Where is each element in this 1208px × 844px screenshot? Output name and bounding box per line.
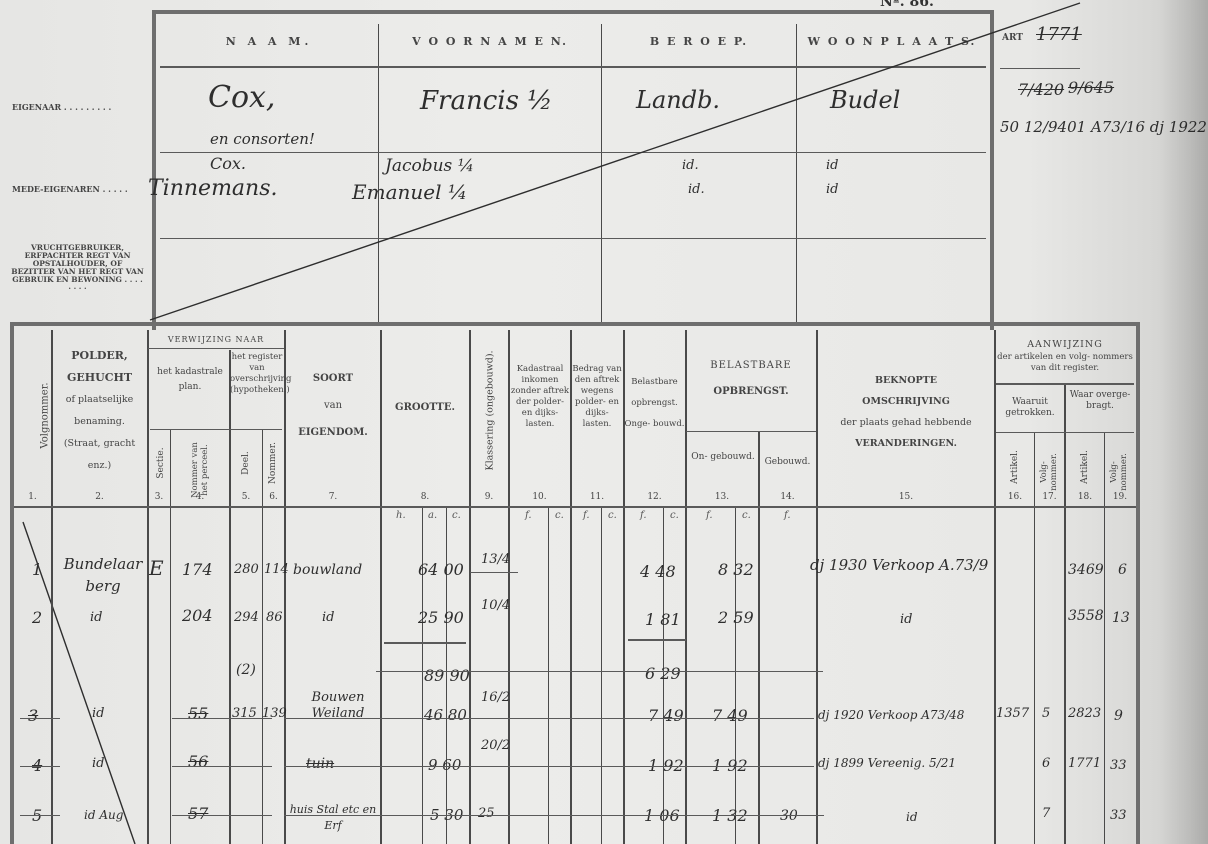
cell-volg19: 9 [1114, 708, 1123, 724]
divider [148, 348, 284, 349]
header-text: OMSCHRIJVING [818, 391, 994, 412]
cell-grootte: 64 00 [418, 560, 464, 579]
header-deel: Deel. [241, 433, 251, 493]
cell-polder: id [92, 706, 104, 721]
cell-deel: (2) [236, 662, 256, 678]
col-num: 11. [571, 492, 623, 502]
cell-soort: id [322, 610, 334, 625]
header-kadastrale-plan: het kadastrale plan. [152, 365, 228, 395]
cell-ongebouwd: 8 32 [718, 560, 754, 579]
header-soort: SOORT van EIGENDOM. [286, 365, 380, 446]
cell-belast-onge: 4 48 [640, 562, 676, 581]
col-num: 14. [759, 492, 816, 502]
cell-klasse: 20/2 [481, 738, 510, 753]
cell-polder: Bundelaar berg [58, 553, 148, 597]
header-omschrijving: BEKNOPTE OMSCHRIJVING der plaats gehad h… [818, 370, 994, 454]
cell-art18: 2823 [1068, 706, 1101, 721]
cell-klasse: 10/4 [481, 598, 510, 613]
col-num: 4. [171, 492, 229, 502]
unit-c: c. [670, 510, 679, 521]
divider [735, 508, 736, 844]
unit-f: f. [583, 510, 590, 521]
header-text: VERANDERINGEN. [818, 433, 994, 454]
cell-soort: bouwland [293, 562, 362, 578]
divider [996, 432, 1134, 433]
cell-polder: id [90, 610, 102, 625]
strike-line [20, 766, 60, 767]
unit-a: a. [428, 510, 437, 521]
cell-veranderingen: id [900, 612, 912, 627]
cell-deel: 294 [234, 610, 259, 625]
unit-f: f. [640, 510, 647, 521]
cell-perceel: 174 [182, 560, 213, 579]
header-sectie: Sectie. [156, 433, 166, 493]
cell-volg19: 6 [1118, 562, 1127, 578]
cell-volg19: 13 [1112, 610, 1130, 626]
strike-line [376, 671, 823, 672]
header-text: enz.) [52, 455, 147, 477]
cell-klasse: 13/4 [481, 552, 510, 567]
cell-klasse: 16/2 [481, 690, 510, 705]
header-belastbare-ongebouwd: Belastbare opbrengst. Onge- bouwd. [624, 372, 685, 435]
divider [1064, 385, 1066, 844]
cell-grootte-subtotal: 89 90 [424, 666, 470, 685]
header-waar: Waar overge- bragt. [1065, 390, 1135, 412]
header-artikel-18: Artikel. [1080, 437, 1090, 497]
cell-ongebouwd: 2 59 [718, 608, 754, 627]
cell-art18: 3558 [1068, 608, 1104, 624]
col-num: 7. [286, 492, 380, 502]
header-artikel-16: Artikel. [1010, 437, 1020, 497]
header-text: BEKNOPTE [818, 370, 994, 391]
unit-c: c. [742, 510, 751, 521]
col-num: 2. [52, 492, 147, 502]
cell-volg17: 7 [1042, 806, 1050, 821]
cell-veranderingen: dj 1899 Vereenig. 5/21 [818, 756, 956, 770]
cell-nommer: 86 [266, 610, 283, 625]
page-edge-shadow [1160, 0, 1208, 844]
cell-belast-onge-subtotal: 6 29 [645, 664, 681, 683]
header-text: GEHUCHT [52, 367, 147, 389]
col-num: 12. [624, 492, 685, 502]
divider [14, 506, 1136, 508]
cell-deel: 280 [234, 562, 259, 577]
cell-volg: 1 [32, 560, 42, 579]
cell-volg19: 33 [1110, 758, 1127, 773]
header-text: van [286, 392, 380, 419]
cell-art18: 3469 [1068, 562, 1104, 578]
header-polder: POLDER, GEHUCHT of plaatselijke benaming… [52, 345, 147, 477]
cell-perceel: 55 [188, 704, 208, 723]
strike-line [284, 815, 824, 816]
cell-belast-onge: 7 49 [648, 706, 684, 725]
cell-volg19: 33 [1110, 808, 1127, 823]
header-gebouwd: Gebouwd. [759, 457, 816, 467]
header-text: (Straat, gracht [52, 433, 147, 455]
cell-veranderingen: dj 1930 Verkoop A.73/9 [810, 556, 988, 574]
col-num: 17. [1035, 492, 1064, 502]
unit-c: c. [608, 510, 617, 521]
cell-perceel: 56 [188, 752, 208, 771]
header-register: het register van overschrijving (hypothe… [230, 352, 284, 396]
unit-c: c. [452, 510, 461, 521]
header-text: SOORT [286, 365, 380, 392]
cell-perceel: 204 [182, 606, 213, 625]
header-aanwijzing-sub: der artikelen en volg- nommers van dit r… [996, 352, 1134, 374]
cell-gebouwd: 30 [780, 808, 798, 824]
strike-line [20, 718, 60, 719]
cell-veranderingen: id [906, 810, 918, 824]
header-waaruit: Waaruit getrokken. [996, 397, 1064, 419]
strike-line [172, 766, 272, 767]
cell-sectie: E [149, 556, 164, 580]
unit-c: c. [555, 510, 564, 521]
divider [601, 508, 602, 844]
col-num: 3. [148, 492, 170, 502]
strike-line [284, 766, 814, 767]
cell-grootte: 46 80 [424, 706, 467, 724]
header-klassering: Klassering (ongebouwd). [485, 351, 496, 471]
divider [548, 508, 549, 844]
strike-line [284, 718, 814, 719]
header-opbrengst: OPBRENGST. [686, 386, 816, 398]
col-num: 15. [818, 492, 994, 502]
cell-klasse: 25 [478, 806, 495, 821]
unit-h: h. [396, 510, 406, 521]
cell-grootte: 9 60 [428, 756, 461, 774]
cell-polder: id Aug [84, 808, 123, 822]
header-belastbare: BELASTBARE [686, 360, 816, 372]
cell-volg: 2 [32, 608, 42, 627]
cell-art18: 1771 [1068, 756, 1101, 771]
header-verwijzing: VERWIJZING NAAR [148, 335, 284, 344]
col-num: 1. [14, 492, 51, 502]
col-num: 8. [381, 492, 469, 502]
sum-line [628, 639, 686, 641]
header-text: POLDER, [52, 345, 147, 367]
unit-f: f. [706, 510, 713, 521]
cell-ongebouwd: 7 49 [712, 706, 748, 725]
header-nommer: Nommer. [268, 433, 278, 493]
unit-f: f. [784, 510, 791, 521]
divider [996, 383, 1134, 385]
header-text: benaming. [52, 411, 147, 433]
header-text: of plaatselijke [52, 389, 147, 411]
header-aanwijzing: AANWIJZING [996, 340, 1134, 351]
unit-f: f. [525, 510, 532, 521]
cell-volg: 3 [28, 706, 38, 725]
header-ongebouwd: On- gebouwd. [688, 445, 758, 469]
divider [686, 431, 816, 432]
col-num: 18. [1066, 492, 1104, 502]
divider [150, 429, 282, 430]
cell-perceel: 57 [188, 804, 208, 823]
col-num: 13. [686, 492, 758, 502]
cell-art16: 1357 [996, 706, 1029, 721]
sum-line [384, 642, 466, 644]
header-grootte: GROOTTE. [381, 402, 469, 414]
cell-volg17: 6 [1042, 756, 1050, 771]
cell-veranderingen: dj 1920 Verkoop A73/48 [818, 708, 964, 722]
cell-soort: huis Stal etc en Erf [286, 802, 380, 834]
col-num: 16. [996, 492, 1034, 502]
cell-soort: tuin [306, 756, 334, 772]
strike-line [20, 815, 60, 816]
header-volgnommer: Volgnommer. [40, 361, 51, 471]
col-num: 9. [470, 492, 508, 502]
header-bedrag-aftrek: Bedrag van den aftrek wegens polder- en … [571, 364, 623, 430]
col-num: 6. [263, 492, 284, 502]
strike-line [172, 718, 272, 719]
strike-line [470, 572, 518, 573]
col-num: 5. [230, 492, 262, 502]
header-text: der plaats gehad hebbende [818, 412, 994, 433]
col-num: 10. [509, 492, 570, 502]
divider [422, 508, 423, 844]
strike-line [172, 815, 272, 816]
divider [229, 350, 231, 844]
cell-volg17: 5 [1042, 706, 1050, 721]
cell-grootte: 25 90 [418, 608, 464, 627]
header-text: EIGENDOM. [286, 419, 380, 446]
cell-nommer: 114 [264, 562, 289, 577]
col-num: 19. [1105, 492, 1135, 502]
cell-belast-onge: 1 81 [645, 610, 681, 629]
ledger-page: Nº. 86. EIGENAAR . . . . . . . . . MEDE-… [0, 0, 1208, 844]
header-kadastraal-inkomen: Kadastraal inkomen zonder aftrek der pol… [510, 364, 570, 430]
cell-polder: id [92, 756, 104, 771]
